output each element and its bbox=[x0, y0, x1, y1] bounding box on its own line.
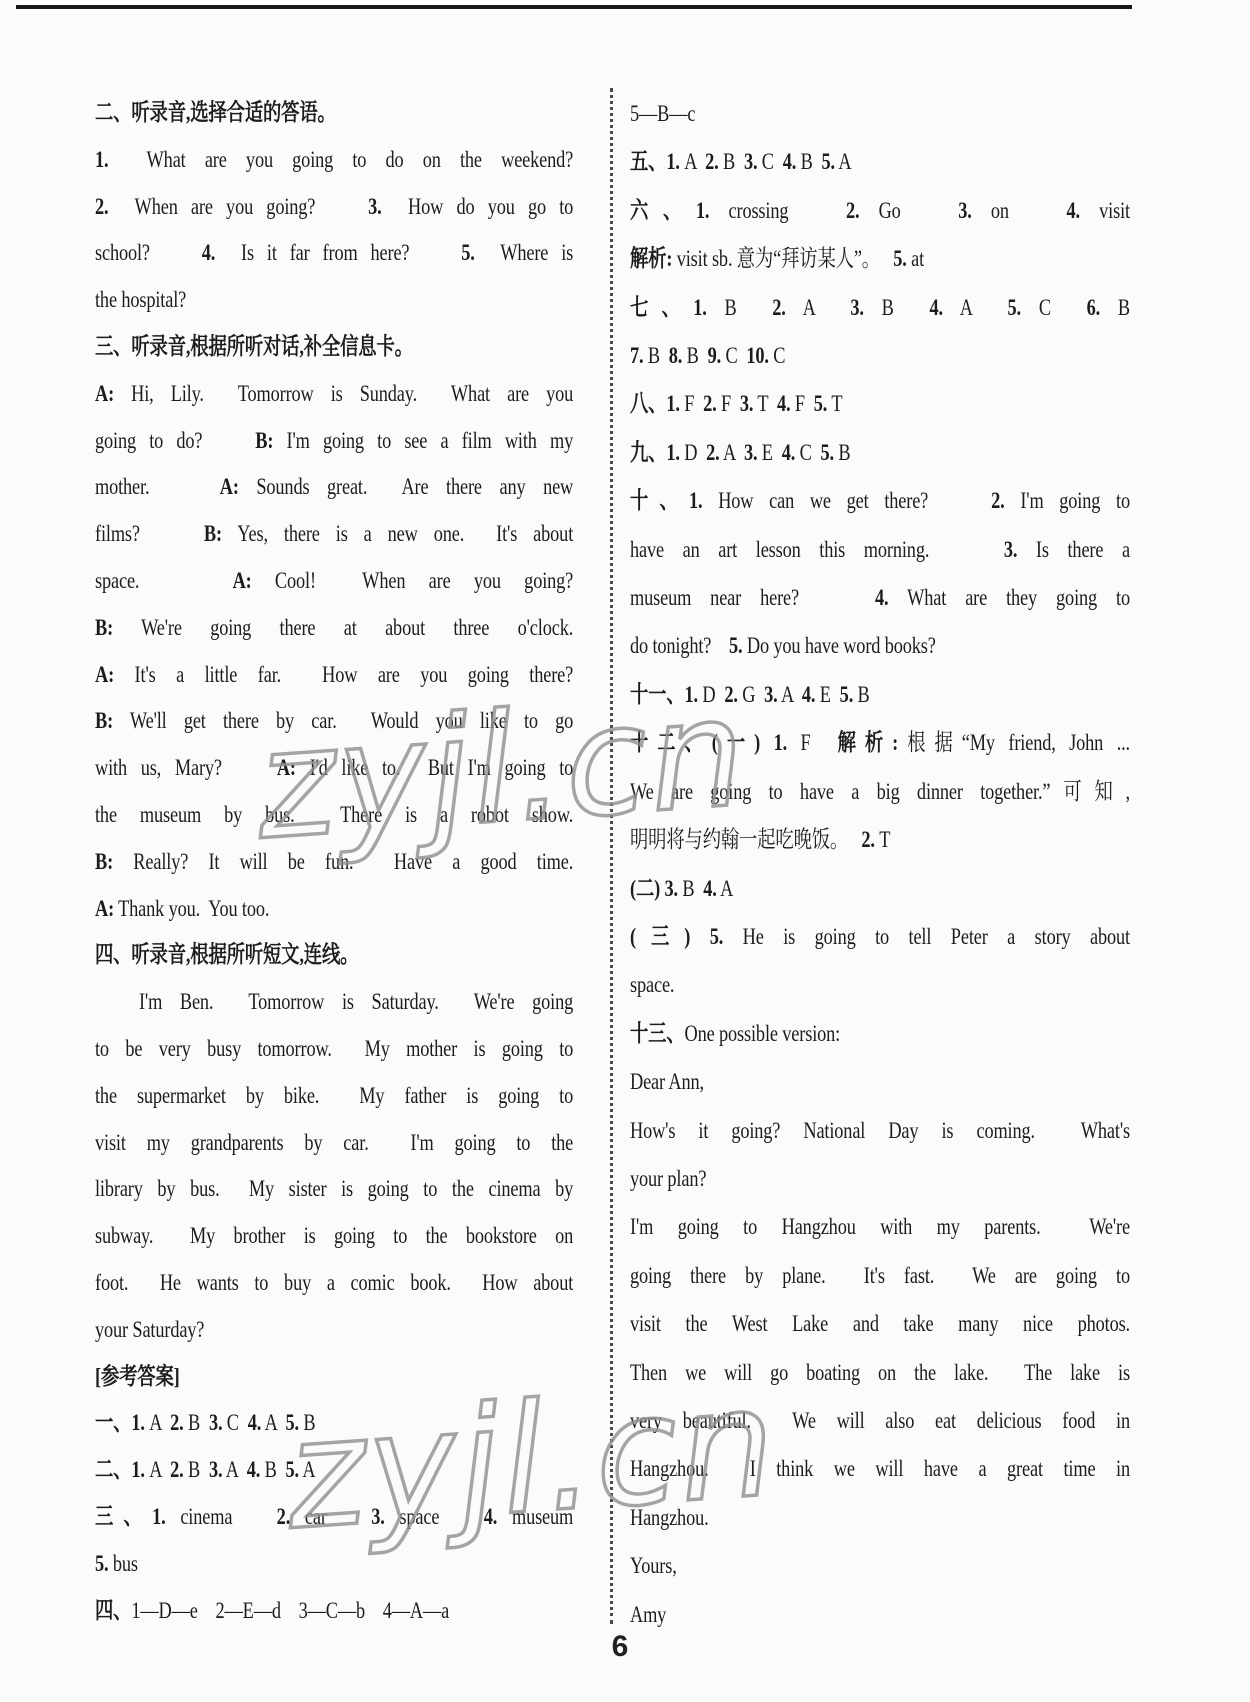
text-line: Then we will go boating on the lake. The… bbox=[630, 1349, 1130, 1397]
text-line: subway. My brother is going to the books… bbox=[95, 1213, 573, 1260]
text-line: 四、1—D—e 2—E—d 3—C—b 4—A—a bbox=[95, 1588, 573, 1635]
text-line: your Saturday? bbox=[95, 1307, 573, 1354]
text-line: Yours, bbox=[630, 1542, 1130, 1590]
text-line: 五、1. A 2. B 3. C 4. B 5. A bbox=[630, 138, 1130, 186]
text-line: 7. B 8. B 9. C 10. C bbox=[630, 332, 1130, 380]
text-line: How's it going? National Day is coming. … bbox=[630, 1107, 1130, 1155]
text-line: your plan? bbox=[630, 1155, 1130, 1203]
text-line: We are going to have a big dinner togeth… bbox=[630, 768, 1130, 816]
text-line: school? 4. Is it far from here? 5. Where… bbox=[95, 230, 573, 277]
text-line: 1. What are you going to do on the weeke… bbox=[95, 137, 573, 184]
text-line: 九、1. D 2. A 3. E 4. C 5. B bbox=[630, 429, 1130, 477]
text-line: 三、1. cinema 2. car 3. space 4. museum bbox=[95, 1494, 573, 1541]
text-line: have an art lesson this morning. 3. Is t… bbox=[630, 526, 1130, 574]
text-line: going to do? B: I'm going to see a film … bbox=[95, 418, 573, 465]
top-border bbox=[16, 5, 1132, 9]
text-line: with us, Mary? A: I'd like to. But I'm g… bbox=[95, 745, 573, 792]
text-line: (三) 5. He is going to tell Peter a story… bbox=[630, 913, 1130, 961]
text-line: Amy bbox=[630, 1591, 1130, 1639]
right-column: 5—B—c五、1. A 2. B 3. C 4. B 5. A六、1. cros… bbox=[630, 90, 1130, 1639]
text-line: films? B: Yes, there is a new one. It's … bbox=[95, 511, 573, 558]
text-line: space. bbox=[630, 961, 1130, 1009]
text-line: I'm Ben. Tomorrow is Saturday. We're goi… bbox=[95, 979, 573, 1026]
text-line: space. A: Cool! When are you going? bbox=[95, 558, 573, 605]
text-line: Hangzhou. I think we will have a great t… bbox=[630, 1445, 1130, 1493]
text-line: 三、听录音,根据所听对话,补全信息卡。 bbox=[95, 324, 573, 371]
text-line: (二) 3. B 4. A bbox=[630, 865, 1130, 913]
text-line: 明明将与约翰一起吃晚饭。 2. T bbox=[630, 816, 1130, 864]
text-line: mother. A: Sounds great. Are there any n… bbox=[95, 464, 573, 511]
text-line: 解析: visit sb. 意为“拜访某人”。 5. at bbox=[630, 235, 1130, 283]
left-column: 二、听录音,选择合适的答语。1. What are you going to d… bbox=[95, 90, 573, 1634]
text-line: to be very busy tomorrow. My mother is g… bbox=[95, 1026, 573, 1073]
text-line: I'm going to Hangzhou with my parents. W… bbox=[630, 1203, 1130, 1251]
text-line: visit the West Lake and take many nice p… bbox=[630, 1300, 1130, 1348]
text-line: 一、1. A 2. B 3. C 4. A 5. B bbox=[95, 1400, 573, 1447]
text-line: A: It's a little far. How are you going … bbox=[95, 652, 573, 699]
text-line: 七、1. B 2. A 3. B 4. A 5. C 6. B bbox=[630, 284, 1130, 332]
text-line: foot. He wants to buy a comic book. How … bbox=[95, 1260, 573, 1307]
text-line: library by bus. My sister is going to th… bbox=[95, 1166, 573, 1213]
text-line: the museum by bus. There is a robot show… bbox=[95, 792, 573, 839]
text-line: museum near here? 4. What are they going… bbox=[630, 574, 1130, 622]
text-line: [参考答案] bbox=[95, 1354, 573, 1401]
text-line: 5—B—c bbox=[630, 90, 1130, 138]
text-line: 四、听录音,根据所听短文,连线。 bbox=[95, 932, 573, 979]
page-number: 6 bbox=[570, 1630, 670, 1664]
text-line: the hospital? bbox=[95, 277, 573, 324]
text-line: 十二、(一) 1. F 解析:根据“My friend, John ... bbox=[630, 719, 1130, 767]
text-line: B: We're going there at about three o'cl… bbox=[95, 605, 573, 652]
text-line: 十一、1. D 2. G 3. A 4. E 5. B bbox=[630, 671, 1130, 719]
text-line: 2. When are you going? 3. How do you go … bbox=[95, 184, 573, 231]
text-line: 十三、One possible version: bbox=[630, 1010, 1130, 1058]
text-line: 六、1. crossing 2. Go 3. on 4. visit bbox=[630, 187, 1130, 235]
text-line: B: Really? It will be fun. Have a good t… bbox=[95, 839, 573, 886]
text-line: 5. bus bbox=[95, 1541, 573, 1588]
text-line: Hangzhou. bbox=[630, 1494, 1130, 1542]
text-line: the supermarket by bike. My father is go… bbox=[95, 1073, 573, 1120]
text-line: A: Thank you. You too. bbox=[95, 886, 573, 933]
column-divider bbox=[610, 88, 613, 1624]
text-line: visit my grandparents by car. I'm going … bbox=[95, 1120, 573, 1167]
text-line: 二、1. A 2. B 3. A 4. B 5. A bbox=[95, 1447, 573, 1494]
text-line: B: We'll get there by car. Would you lik… bbox=[95, 698, 573, 745]
text-line: A: Hi, Lily. Tomorrow is Sunday. What ar… bbox=[95, 371, 573, 418]
answer-key-page: 二、听录音,选择合适的答语。1. What are you going to d… bbox=[0, 0, 1250, 1702]
text-line: 十、1. How can we get there? 2. I'm going … bbox=[630, 477, 1130, 525]
text-line: very beautiful. We will also eat delicio… bbox=[630, 1397, 1130, 1445]
text-line: 八、1. F 2. F 3. T 4. F 5. T bbox=[630, 380, 1130, 428]
text-line: 二、听录音,选择合适的答语。 bbox=[95, 90, 573, 137]
text-line: Dear Ann, bbox=[630, 1058, 1130, 1106]
text-line: going there by plane. It's fast. We are … bbox=[630, 1252, 1130, 1300]
text-line: do tonight? 5. Do you have word books? bbox=[630, 622, 1130, 670]
